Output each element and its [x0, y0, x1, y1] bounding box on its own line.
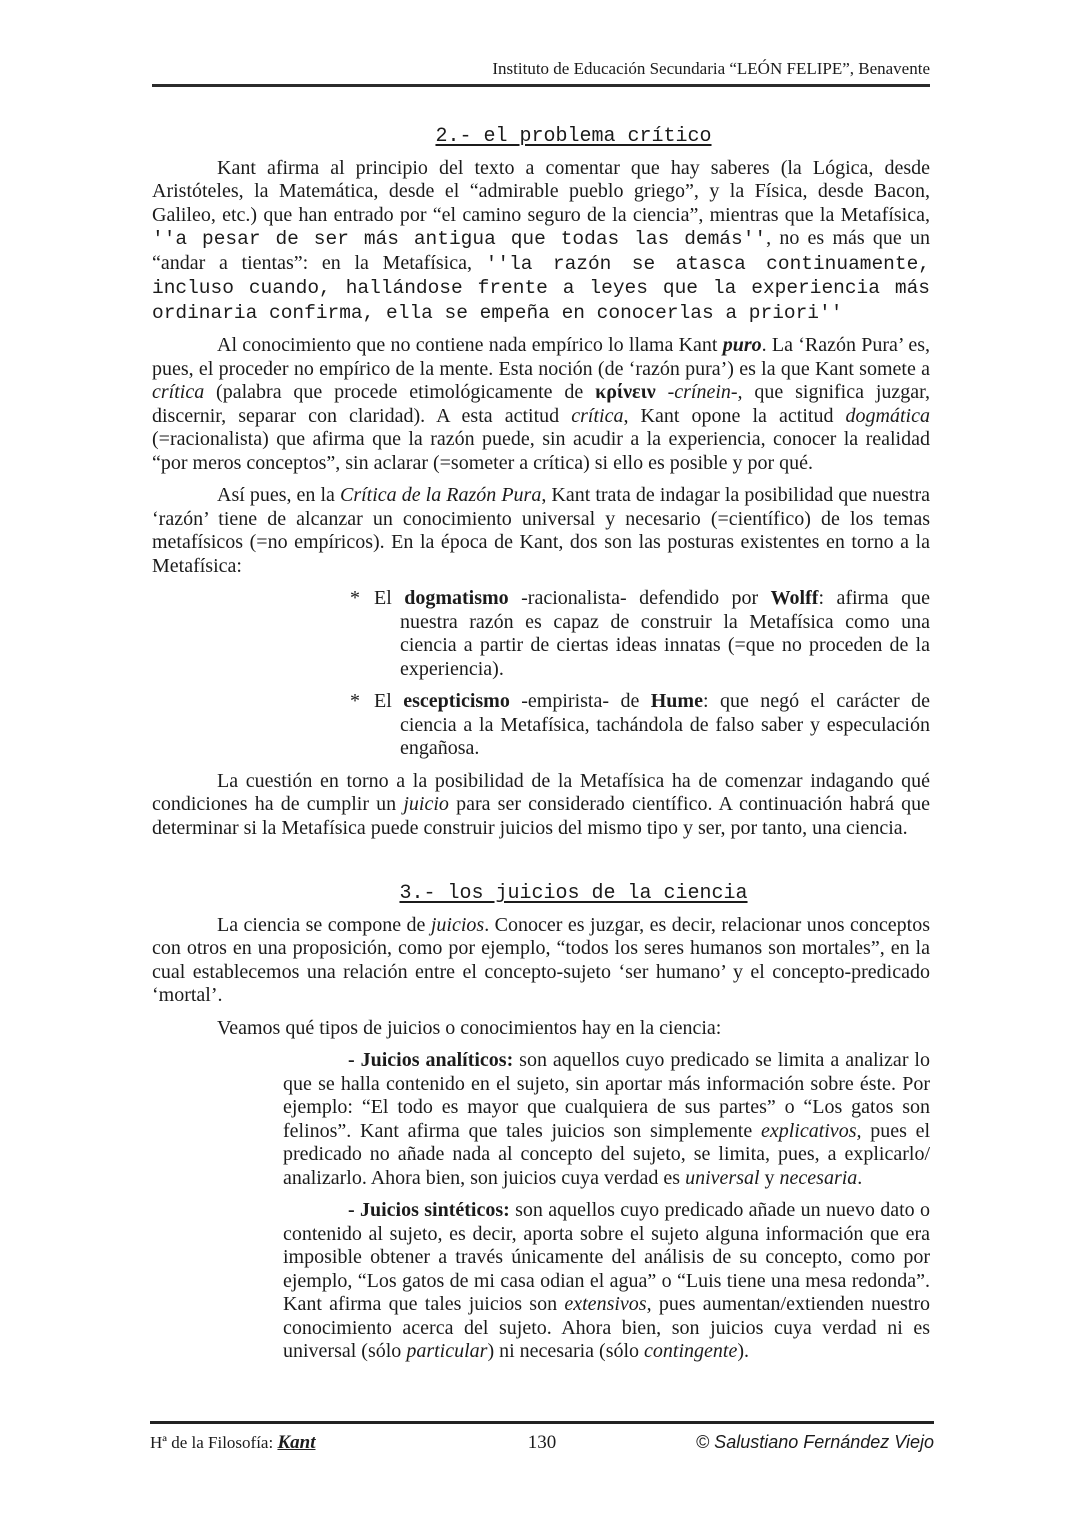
definition-item: - Juicios sintéticos: son aquellos cuyo …	[283, 1199, 930, 1364]
text-segment: Así pues, en la	[217, 484, 340, 506]
text-segment: (palabra que procede etimológicamente de	[204, 381, 595, 403]
paragraph: La cuestión en torno a la posibilidad de…	[152, 770, 930, 841]
header-rule	[152, 84, 930, 87]
text-segment: necesaria	[780, 1167, 858, 1189]
footer-copyright: © Salustiano Fernández Viejo	[696, 1431, 934, 1455]
document-body: 2.- el problema críticoKant afirma al pr…	[152, 125, 930, 1364]
paragraph: Así pues, en la Crítica de la Razón Pura…	[152, 484, 930, 578]
footer-row: Hª de la Filosofía: Kant 130 © Salustian…	[150, 1431, 934, 1459]
text-segment: (=racionalista) que afirma que la razón …	[152, 428, 930, 474]
text-segment: Kant afirma al principio del texto a com…	[152, 157, 930, 226]
text-segment: Veamos qué tipos de juicios o conocimien…	[217, 1017, 721, 1039]
text-segment: explicativos,	[761, 1120, 862, 1142]
footer-rule	[150, 1421, 934, 1424]
text-segment: contingente	[644, 1340, 737, 1362]
text-segment: La ciencia se compone de	[217, 914, 431, 936]
section-heading: 2.- el problema crítico	[152, 125, 930, 149]
text-segment: κρίνειν	[595, 381, 656, 403]
text-segment: juicios	[431, 914, 484, 936]
header-institute: Instituto de Educación Secundaria “LEÓN …	[152, 58, 930, 80]
bullet-item: *El dogmatismo -racionalista- defendido …	[400, 587, 930, 681]
section-heading-text: 3.- los juicios de la ciencia	[399, 882, 747, 905]
text-segment: universal	[685, 1167, 759, 1189]
text-segment: .	[857, 1167, 862, 1189]
text-segment: -crínein-,	[668, 381, 743, 403]
text-segment: -racionalista- defendido por	[509, 587, 771, 609]
text-segment: dogmatismo	[404, 587, 508, 609]
text-segment: - Juicios sintéticos:	[348, 1199, 510, 1221]
page-footer: Hª de la Filosofía: Kant 130 © Salustian…	[150, 1421, 934, 1459]
text-segment: Al conocimiento que no contiene nada emp…	[217, 334, 723, 356]
bullet-marker: *	[350, 690, 374, 712]
text-segment: y	[760, 1167, 780, 1189]
text-segment: crítica	[571, 405, 623, 427]
text-segment: - Juicios analíticos:	[348, 1049, 513, 1071]
paragraph: La ciencia se compone de juicios. Conoce…	[152, 914, 930, 1008]
section-heading: 3.- los juicios de la ciencia	[152, 882, 930, 906]
text-segment: escepticismo	[403, 690, 510, 712]
text-segment: ) ni necesaria (sólo	[487, 1340, 644, 1362]
text-segment: crítica	[152, 381, 204, 403]
paragraph: Veamos qué tipos de juicios o conocimien…	[152, 1017, 930, 1041]
text-segment: Crítica de la Razón Pura	[340, 484, 541, 506]
text-segment: Hume	[651, 690, 703, 712]
definition-item: - Juicios analíticos: son aquellos cuyo …	[283, 1049, 930, 1190]
text-segment: ).	[737, 1340, 749, 1362]
text-segment: , Kant opone la actitud	[623, 405, 845, 427]
paragraph: Al conocimiento que no contiene nada emp…	[152, 334, 930, 475]
text-segment: puro	[723, 334, 762, 356]
text-segment: El	[374, 587, 404, 609]
text-segment: extensivos	[564, 1293, 646, 1315]
document-page: Instituto de Educación Secundaria “LEÓN …	[0, 0, 1080, 1528]
section-heading-text: 2.- el problema crítico	[435, 125, 711, 148]
paragraph: Kant afirma al principio del texto a com…	[152, 157, 930, 326]
page-header: Instituto de Educación Secundaria “LEÓN …	[152, 58, 930, 87]
text-segment: -empirista- de	[510, 690, 651, 712]
text-segment: ''a pesar de ser más antigua que todas l…	[152, 228, 766, 250]
text-segment	[656, 381, 668, 403]
text-segment: particular	[406, 1340, 487, 1362]
bullet-item: *El escepticismo -empirista- de Hume: qu…	[400, 690, 930, 761]
text-segment: El	[374, 690, 403, 712]
bullet-marker: *	[350, 587, 374, 609]
text-segment: juicio	[403, 793, 449, 815]
text-segment: Wolff	[771, 587, 819, 609]
text-segment: dogmática	[846, 405, 930, 427]
